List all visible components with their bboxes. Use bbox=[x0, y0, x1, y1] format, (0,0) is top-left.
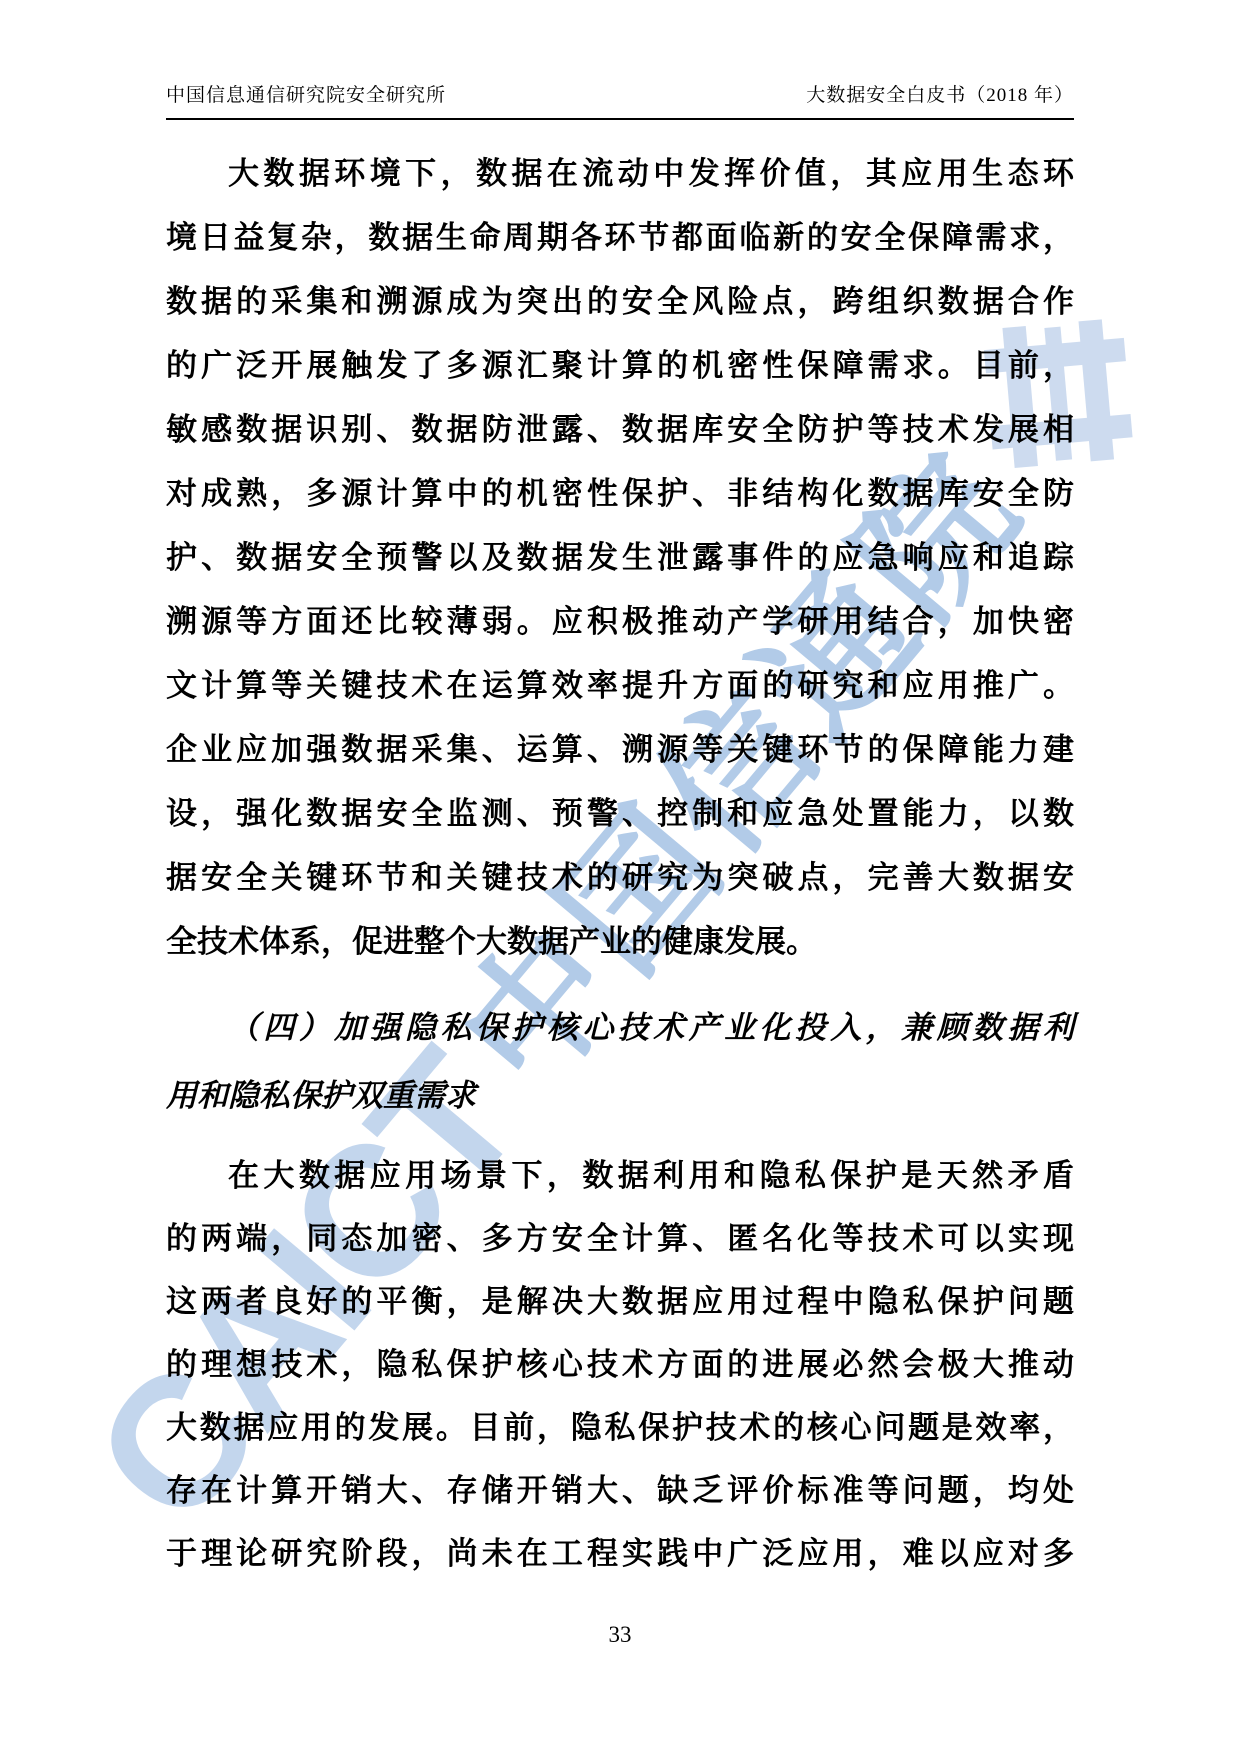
body-line: 敏感数据识别、数据防泄露、数据库安全防护等技术发展相 bbox=[166, 398, 1074, 462]
body-line: 溯源等方面还比较薄弱。应积极推动产学研用结合，加快密 bbox=[166, 590, 1074, 654]
body-line: 数据的采集和溯源成为突出的安全风险点，跨组织数据合作 bbox=[166, 270, 1074, 334]
header-right-title: 大数据安全白皮书（2018 年） bbox=[806, 80, 1074, 107]
paragraph-1: 大数据环境下，数据在流动中发挥价值，其应用生态环 境日益复杂，数据生命周期各环节… bbox=[166, 142, 1074, 974]
body-line: 文计算等关键技术在运算效率提升方面的研究和应用推广。 bbox=[166, 654, 1074, 718]
page-header: 中国信息通信研究院安全研究所 大数据安全白皮书（2018 年） bbox=[166, 80, 1074, 120]
body-line: 在大数据应用场景下，数据利用和隐私保护是天然矛盾 bbox=[166, 1144, 1074, 1207]
body-line: 对成熟，多源计算中的机密性保护、非结构化数据库安全防 bbox=[166, 462, 1074, 526]
section-heading-4: （四）加强隐私保护核心技术产业化投入，兼顾数据利 用和隐私保护双重需求 bbox=[166, 994, 1074, 1130]
heading-line: （四）加强隐私保护核心技术产业化投入，兼顾数据利 bbox=[166, 994, 1074, 1062]
paragraph-2: 在大数据应用场景下，数据利用和隐私保护是天然矛盾 的两端，同态加密、多方安全计算… bbox=[166, 1144, 1074, 1585]
body-line: 的理想技术，隐私保护核心技术方面的进展必然会极大推动 bbox=[166, 1333, 1074, 1396]
body-line: 据安全关键环节和关键技术的研究为突破点，完善大数据安 bbox=[166, 846, 1074, 910]
body-line: 大数据环境下，数据在流动中发挥价值，其应用生态环 bbox=[166, 142, 1074, 206]
page-body: 大数据环境下，数据在流动中发挥价值，其应用生态环 境日益复杂，数据生命周期各环节… bbox=[166, 142, 1074, 1585]
body-line: 护、数据安全预警以及数据发生泄露事件的应急响应和追踪 bbox=[166, 526, 1074, 590]
header-left-title: 中国信息通信研究院安全研究所 bbox=[166, 80, 446, 107]
page-number: 33 bbox=[0, 1622, 1240, 1648]
body-line: 大数据应用的发展。目前，隐私保护技术的核心问题是效率， bbox=[166, 1396, 1074, 1459]
body-line: 的广泛开展触发了多源汇聚计算的机密性保障需求。目前， bbox=[166, 334, 1074, 398]
heading-line: 用和隐私保护双重需求 bbox=[166, 1062, 1074, 1130]
body-line: 境日益复杂，数据生命周期各环节都面临新的安全保障需求， bbox=[166, 206, 1074, 270]
document-page: CAICT 中国信通院 中国信息通信研究院安全研究所 大数据安全白皮书（2018… bbox=[0, 0, 1240, 1754]
body-line: 这两者良好的平衡，是解决大数据应用过程中隐私保护问题 bbox=[166, 1270, 1074, 1333]
body-line: 存在计算开销大、存储开销大、缺乏评价标准等问题，均处 bbox=[166, 1459, 1074, 1522]
body-line: 的两端，同态加密、多方安全计算、匿名化等技术可以实现 bbox=[166, 1207, 1074, 1270]
body-line: 设，强化数据安全监测、预警、控制和应急处置能力，以数 bbox=[166, 782, 1074, 846]
body-line: 于理论研究阶段，尚未在工程实践中广泛应用，难以应对多 bbox=[166, 1522, 1074, 1585]
body-line: 企业应加强数据采集、运算、溯源等关键环节的保障能力建 bbox=[166, 718, 1074, 782]
body-line: 全技术体系，促进整个大数据产业的健康发展。 bbox=[166, 910, 1074, 974]
